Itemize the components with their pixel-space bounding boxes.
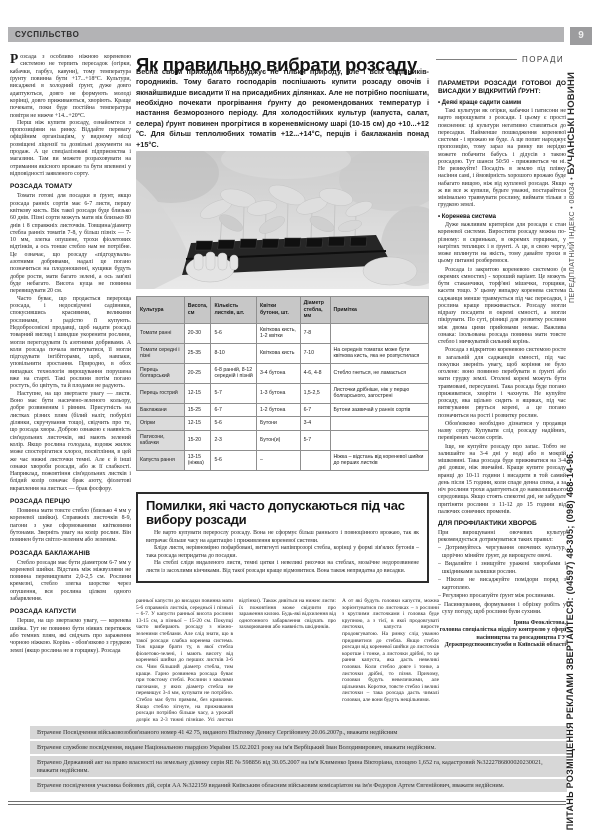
paragraph: Розсада з особливо ніжною кореневою сист… [10,54,131,120]
cell: – [257,450,301,470]
table-row: Патисони, кабачки15-202-3Бутон(и)5-7 [137,430,429,450]
continuation-col-3: А от які будуть головки капусти, можна з… [342,598,439,722]
rule-item: – Ніколи не висаджуйте помідори поряд з … [438,577,566,592]
cell [330,323,428,343]
left-column: Розсада з особливо ніжною кореневою сист… [10,54,131,696]
author-signature: Ірина Феоклістова, головна спеціалістка … [438,620,566,650]
cell: Ніжка – відстань від кореневої шийки до … [330,450,428,470]
continuation-col-1: ранньої капусти до висадки повинна мати … [136,598,233,722]
rubric-label: ПОРАДИ [522,55,564,64]
table-row: Томати середні і пізні25-358-10Квіткова … [137,343,429,363]
subheading-cabbage: РОЗСАДА КАПУСТИ [10,608,131,616]
col-header-culture: Культура [137,297,185,324]
bottom-double-rule [8,801,566,805]
subheading-tomato: РОЗСАДА ТОМАТУ [10,183,131,191]
announcement: Втрачене службове посвідчення, видане На… [30,741,567,754]
cell: Листочки дрібніше, ніж у перцю болгарськ… [330,383,428,403]
paragraph: Часто буває, що продається перероща розс… [10,296,131,391]
cell: Капуста рання [137,450,185,470]
subheading-eggplant: РОЗСАДА БАКЛАЖАНІВ [10,550,131,558]
cell: Бутони зазвичай у ранніх сортів [330,403,428,417]
paragraph: Розсада із закритою кореневою системою (… [438,267,566,347]
table-row: Томати ранні20-305-6Квіткова кисть, 1-2 … [137,323,429,343]
rule-item: – Регулярно просапуйте ґрунт між рослина… [438,593,566,600]
cell: 12-15 [184,417,211,431]
cell: 4-6, 4-8 [300,363,330,383]
cell: 20-30 [184,323,211,343]
paragraph: Стебло розсади має бути діаметром 6-7 мм… [10,560,131,604]
cell: 12-15 [184,383,211,403]
cell: Перець гострий [137,383,185,403]
paragraph-text: озсада з особливо ніжною кореневою систе… [10,54,131,119]
cell: 7-8 [300,323,330,343]
rule-item: – Видаляйте і знищуйте уражені хворобами… [438,561,566,576]
seedling-parameters-table: Культура Висота, см Кількість листків, ш… [136,296,429,471]
paragraph: Томати готові для посадки в ґрунт, якщо … [10,193,131,295]
cell: 5-7 [300,430,330,450]
announcement: Втрачене посвідчення учасника бойових ді… [30,779,567,792]
cell [330,430,428,450]
cell: Бутони [257,417,301,431]
col-header-height: Висота, см [184,297,211,324]
section-header-bar: СУСПІЛЬСТВО [8,27,564,42]
cell: 20-25 [184,363,211,383]
author-role: головна спеціалістка відділу контролю у … [438,627,566,650]
edge-ads-contact-strip: З ПИТАНЬ РОЗМІЩЕННЯ РЕКЛАМИ ЗВЕРТАЙТЕСЯ:… [565,451,575,831]
cell: Стебло гнеться, не ламається [330,363,428,383]
newspaper-brand: БУЧАНСЬКІ НОВИНИ [566,72,577,175]
cell: Огірки [137,417,185,431]
subscription-index: ПЕРЕДПЛАТНИЙ ІНДЕКС • 08034 • [569,175,576,303]
cell: 5-6 [211,417,257,431]
table-row: Перець болгарський20-256-8 ранній, 8-12 … [137,363,429,383]
col-header-buds: Квітки бутони, шт. [257,297,301,324]
table-row: Перець гострий12-155-71-3 бутона1,5-2,5Л… [137,383,429,403]
table-header-row: Культура Висота, см Кількість листків, ш… [137,297,429,324]
cell: 6-7 [300,403,330,417]
seedlings-photo [136,151,429,289]
cell: 25-35 [184,343,211,363]
paragraph: Перш ніж купити розсаду, ознайомтеся з п… [10,120,131,179]
mistakes-title: Помилки, які часто допускаються під час … [146,499,419,527]
rule-item: – Пасинкування, формування і обрізку роб… [438,602,566,617]
edge-subscription-strip: ПЕРЕДПЛАТНИЙ ІНДЕКС • 08034 • БУЧАНСЬКІ … [566,72,577,303]
paragraph: Не варто купувати перерослу розсаду. Вон… [146,530,419,545]
table-row: Баклажани15-256-71-2 бутона6-7Бутони заз… [137,403,429,417]
table-row: Огірки12-155-6Бутони3-4 [137,417,429,431]
cell: 5-6 [211,450,257,470]
cell: 7-10 [300,343,330,363]
paragraph: Перше, на що звертаємо увагу, — коренева… [10,618,131,655]
rubric-row: ПОРАДИ [436,55,564,64]
col-header-leaves: Кількість листків, шт. [211,297,257,324]
cell: Бутон(и) [257,430,301,450]
table-row: Капуста рання13-15 (ніжка)5-6–Ніжка – ві… [137,450,429,470]
cell: 15-20 [184,430,211,450]
cell: 6-8 ранній, 8-12 середній і пізній [211,363,257,383]
article-lead: Весна своїм приходом пробуджує не тільки… [136,67,429,150]
paragraph: Обов'язково необхідно дізнатися у продав… [438,421,566,443]
mistakes-box: Помилки, які часто допускаються під час … [136,492,429,583]
paragraph: Бліде листя, нерівномірно пофарбовані, в… [146,545,419,560]
col-header-note: Примітка [330,297,428,324]
cell: 8-10 [211,343,257,363]
seedlings-photo-graphic [136,151,429,289]
cell [330,417,428,431]
section-label: СУСПІЛЬСТВО [15,30,79,39]
rubric-rule-line [436,59,517,60]
paragraph: Розсада з відкритою кореневою системою р… [438,347,566,420]
paragraph: Такі культури як огірки, кабачки і патис… [438,108,566,210]
announcement: Втрачене Посвідчення військовозобов'язан… [30,726,567,739]
newspaper-page: СУСПІЛЬСТВО 9 ПОРАДИ Розсада з особливо … [0,0,600,831]
cell: 3-4 бутона [257,363,301,383]
cell: 1-3 бутона [257,383,301,403]
paragraph: Наступне, на що звертаєте увагу — листя.… [10,391,131,493]
cell: 3-4 [300,417,330,431]
cell: 1-2 бутона [257,403,301,417]
classified-announcements: Втрачене Посвідчення військовозобов'язан… [30,726,567,792]
cell: 5-7 [211,383,257,403]
cell: Томати ранні [137,323,185,343]
cell: Квіткова кисть, 1-2 квітки [257,323,301,343]
paragraph: Іще, не купуйте розсаду про запас. Тобто… [438,444,566,517]
cell: На середніх томатах може бути квіткова к… [330,343,428,363]
cell: Баклажани [137,403,185,417]
sidebar-heading: ПАРАМЕТРИ РОЗСАДИ ГОТОВОЇ ДО ВИСАДКИ У В… [438,80,566,96]
col-header-stem: Діаметр стебла, мм [300,297,330,324]
paragraph: На стеблі сліди видаленого листя, темні … [146,560,419,575]
paragraph: Дуже важливим критерієм для розсади є ст… [438,222,566,266]
sidebar-bullet-title: • Коренева система [438,214,566,221]
prophylaxis-heading: ДЛЯ ПРОФІЛАКТИКИ ХВОРОБ [438,520,566,528]
cell: 1,5-2,5 [300,383,330,403]
continuation-columns: ранньої капусти до висадки повинна мати … [136,598,439,722]
cell: Томати середні і пізні [137,343,185,363]
subheading-pepper: РОЗСАДА ПЕРЦЮ [10,498,131,506]
cell: Перець болгарський [137,363,185,383]
cell: 6-7 [211,403,257,417]
continuation-col-2: відтінки). Також дивіться на нижнє листя… [239,598,336,722]
paragraph: При вирощуванні овочевих культур рекомен… [438,530,566,545]
announcement: Втрачено Державний акт на право власност… [30,756,567,777]
cell: Патисони, кабачки [137,430,185,450]
cell [300,450,330,470]
rule-item: – Дотримуйтесь чергування овочевих культ… [438,545,566,560]
sidebar-column: ПАРАМЕТРИ РОЗСАДИ ГОТОВОЇ ДО ВИСАДКИ У В… [438,80,566,720]
paragraph: Повинна мати товсте стебло (близько 4 мм… [10,508,131,545]
cell: 5-6 [211,323,257,343]
page-number-badge: 9 [570,27,592,45]
cell: 2-3 [211,430,257,450]
drop-cap: Р [10,54,20,64]
cell: 15-25 [184,403,211,417]
sidebar-bullet-title: • Деякі краще садити самим [438,100,566,107]
cell: 13-15 (ніжка) [184,450,211,470]
cell: Квіткова кисть [257,343,301,363]
